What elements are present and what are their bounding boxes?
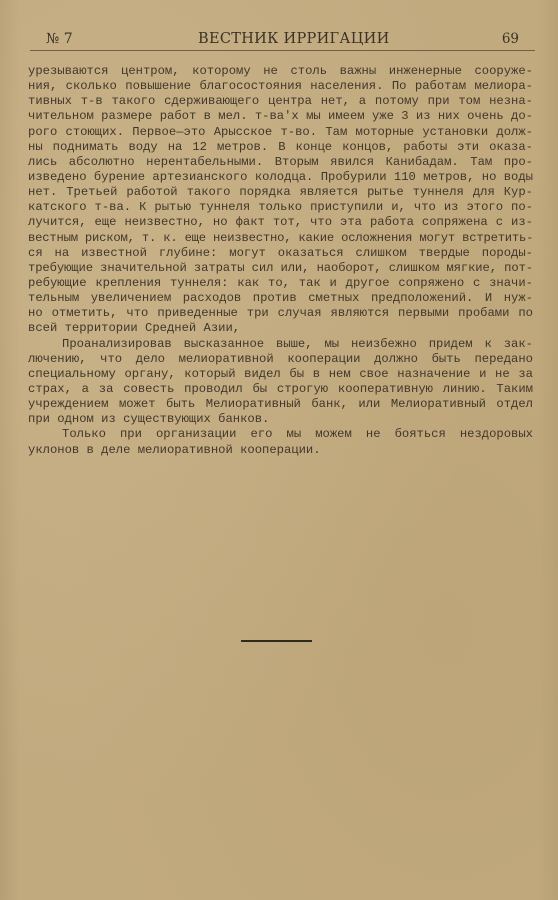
text-line: требующие значительной затраты сил или, … — [28, 261, 533, 276]
text-line: катского т-ва. К рытью туннеля только пр… — [28, 200, 533, 215]
text-line: при одном из существующих банков. — [28, 412, 533, 427]
article-body: урезываются центром, которому не столь в… — [28, 64, 533, 458]
text-line: лучится, еще неизвестно, но факт тот, чт… — [28, 215, 533, 230]
text-line: учреждением может быть Мелиоративный бан… — [28, 397, 533, 412]
text-line: нет. Третьей работой такого порядка явля… — [28, 185, 533, 200]
page-header: № 7 ВЕСТНИК ИРРИГАЦИИ 69 — [30, 28, 535, 51]
issue-number: № 7 — [46, 31, 73, 47]
text-line: чительном размере работ в мел. т-ва'х мы… — [28, 109, 533, 124]
journal-title: ВЕСТНИК ИРРИГАЦИИ — [198, 31, 390, 47]
text-line: урезываются центром, которому не столь в… — [28, 64, 533, 79]
text-line: ребующие крепления туннеля: как то, так … — [28, 276, 533, 291]
section-separator — [241, 640, 312, 642]
text-line: Проанализировав высказанное выше, мы неи… — [28, 337, 533, 352]
text-line: тельным увеличением расходов против смет… — [28, 291, 533, 306]
text-line: тивных т-в такого сдерживающего центра н… — [28, 94, 533, 109]
text-line: изведено бурение артезианского колодца. … — [28, 170, 533, 185]
text-line: лись абсолютно нерентабельными. Вторым я… — [28, 155, 533, 170]
text-line: рого стоющих. Первое—это Арысское т-во. … — [28, 125, 533, 140]
text-line: Только при организации его мы можем не б… — [28, 427, 533, 442]
text-line: специальному органу, который видел бы в … — [28, 367, 533, 382]
page-number: 69 — [502, 31, 519, 47]
text-line: страх, а за совесть проводил бы строгую … — [28, 382, 533, 397]
text-line: всей территории Средней Азии, — [28, 321, 533, 336]
text-line: но отметить, что приведенные три случая … — [28, 306, 533, 321]
text-line: ния, сколько повышение благосостояния на… — [28, 79, 533, 94]
text-line: вестным риском, т. к. еще неизвестно, ка… — [28, 231, 533, 246]
text-line: ны поднимать воду на 12 метров. В конце … — [28, 140, 533, 155]
paragraph: Только при организации его мы можем не б… — [28, 427, 533, 457]
text-line: ся на известной глубине: могут оказаться… — [28, 246, 533, 261]
paragraph: урезываются центром, которому не столь в… — [28, 64, 533, 337]
paragraph: Проанализировав высказанное выше, мы неи… — [28, 337, 533, 428]
text-line: уклонов в деле мелиоративной кооперации. — [28, 443, 533, 458]
text-line: лючению, что дело мелиоративной кооперац… — [28, 352, 533, 367]
